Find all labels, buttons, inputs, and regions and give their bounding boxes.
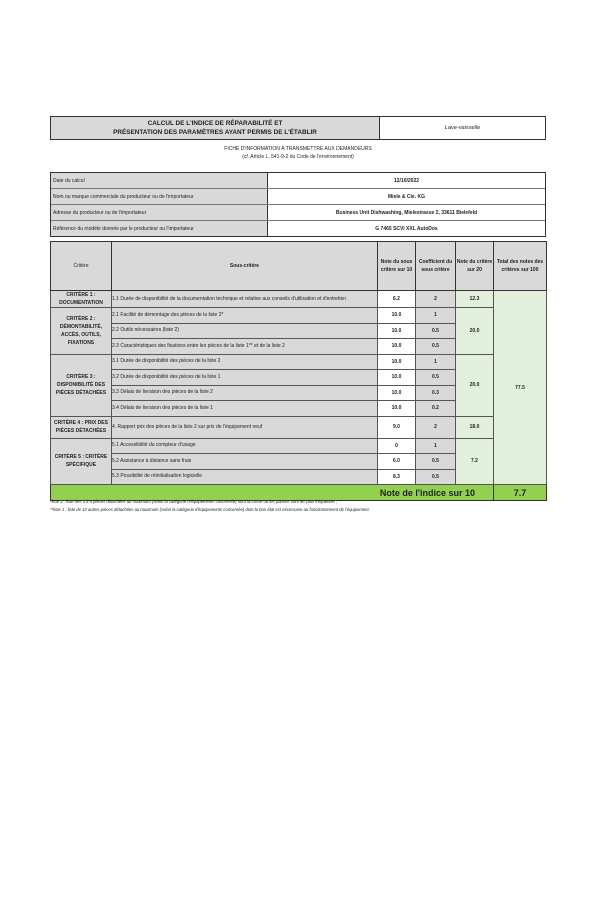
product-category: Lave-vaisselle: [380, 117, 545, 139]
info-label: Date du calcul: [51, 173, 268, 188]
subcriterion-label: 3.4 Délais de livraison des pièces de la…: [112, 401, 378, 417]
subcriterion-note: 10.0: [378, 308, 416, 324]
subcriterion-note: 9.0: [378, 416, 416, 438]
index-value: 7.7: [494, 485, 547, 501]
title-line-1: CALCUL DE L'INDICE DE RÉPARABILITÉ ET: [148, 119, 283, 128]
criterion-score: 20.0: [456, 308, 494, 355]
info-label: Nom ou marque commerciale du producteur …: [51, 189, 268, 204]
subcriterion-note: 10.0: [378, 370, 416, 386]
criterion-name: CRITÈRE 2 : DÉMONTABILITÉ, ACCÈS, OUTILS…: [51, 308, 112, 355]
criterion-score: 18.0: [456, 416, 494, 438]
subcriterion-label: 2.2 Outils nécessaires (liste 2): [112, 323, 378, 339]
info-row-address: Adresse du producteur ou de l'importateu…: [51, 205, 545, 221]
subcriterion-label: 5.3 Possibilité de réinitialisation logi…: [112, 469, 378, 485]
info-table: Date du calcul 12/10/2022 Nom ou marque …: [50, 172, 546, 237]
header-sous-critere: Sous-critère: [112, 242, 378, 291]
subcriterion-coef: 0.3: [416, 385, 456, 401]
index-label-text: Note de l'indice sur 10: [380, 488, 475, 498]
subcriterion-label: 5.1 Accessibilité du compteur d'usage: [112, 438, 378, 454]
criterion-name: CRITÈRE 3 : DISPONIBILITÉ DES PIÈCES DÉT…: [51, 354, 112, 416]
subcriterion-label: 1.1 Durée de disponibilité de la documen…: [112, 291, 378, 308]
subcriterion-label: 5.2 Assistance à distance sans frais: [112, 454, 378, 470]
subtitle-line-2: (cf. Article L. 541-9-2 du Code de l'env…: [50, 154, 546, 162]
subcriterion-label: 4. Rapport prix des pièces de la liste 2…: [112, 416, 378, 438]
info-row-model: Référence du modèle donnée par le produc…: [51, 221, 545, 236]
info-label: Référence du modèle donnée par le produc…: [51, 221, 268, 236]
criterion-score: 12.3: [456, 291, 494, 308]
subcriterion-note: 10.0: [378, 323, 416, 339]
subcriterion-note: 10.0: [378, 354, 416, 370]
total-score: 77.5: [494, 291, 547, 485]
subcriterion-note: 0: [378, 438, 416, 454]
subcriterion-coef: 1: [416, 438, 456, 454]
subtitle: FICHE D'INFORMATION À TRANSMETTRE AUX DE…: [50, 146, 546, 161]
criterion-name: CRITÈRE 4 : PRIX DES PIÈCES DÉTACHÉES: [51, 416, 112, 438]
table-header-row: Critère Sous-critère Note du sous critèr…: [51, 242, 547, 291]
subcriterion-coef: 2: [416, 416, 456, 438]
table-row: CRITÈRE 4 : PRIX DES PIÈCES DÉTACHÉES 4.…: [51, 416, 547, 438]
footnote-liste-1: **liste 1 : liste de 10 autres pièces dé…: [50, 507, 370, 512]
table-row: CRITÈRE 3 : DISPONIBILITÉ DES PIÈCES DÉT…: [51, 354, 547, 370]
header-coefficient: Coefficient du sous critère: [416, 242, 456, 291]
subcriterion-note: 8.3: [378, 469, 416, 485]
subcriterion-coef: 1: [416, 354, 456, 370]
document-title: CALCUL DE L'INDICE DE RÉPARABILITÉ ET PR…: [51, 117, 380, 139]
footnote-liste-2: *liste 2 : liste des 3 à 5 pièces détach…: [50, 499, 337, 504]
criterion-name: CRITÈRE 5 : CRITÈRE SPÉCIFIQUE: [51, 438, 112, 485]
subcriterion-coef: 0.5: [416, 339, 456, 355]
subcriterion-note: 10.0: [378, 385, 416, 401]
info-value: 12/10/2022: [268, 173, 545, 188]
subcriterion-label: 2.1 Facilité de démontage des pièces de …: [112, 308, 378, 324]
subtitle-line-1: FICHE D'INFORMATION À TRANSMETTRE AUX DE…: [50, 146, 546, 154]
info-value: Miele & Cie. KG: [268, 189, 545, 204]
subcriterion-coef: 0.5: [416, 370, 456, 386]
subcriterion-coef: 0.2: [416, 401, 456, 417]
info-row-brand: Nom ou marque commerciale du producteur …: [51, 189, 545, 205]
criterion-score: 20.0: [456, 354, 494, 416]
table-row: CRITÈRE 1 : DOCUMENTATION 1.1 Durée de d…: [51, 291, 547, 308]
subcriterion-coef: 0.5: [416, 469, 456, 485]
info-value: Business Unit Dishwashing, Mielestrasse …: [268, 205, 545, 220]
info-label: Adresse du producteur ou de l'importateu…: [51, 205, 268, 220]
criterion-score: 7.2: [456, 438, 494, 485]
info-row-date: Date du calcul 12/10/2022: [51, 173, 545, 189]
subcriterion-note: 10.0: [378, 401, 416, 417]
table-row: CRITÈRE 5 : CRITÈRE SPÉCIFIQUE 5.1 Acces…: [51, 438, 547, 454]
title-box: CALCUL DE L'INDICE DE RÉPARABILITÉ ET PR…: [50, 116, 546, 140]
subcriterion-note: 10.0: [378, 339, 416, 355]
subcriterion-label: 3.3 Délais de livraison des pièces de la…: [112, 385, 378, 401]
header-total: Total des notes des critères sur 100: [494, 242, 547, 291]
subcriterion-note: 6.0: [378, 454, 416, 470]
subcriterion-coef: 2: [416, 291, 456, 308]
repairability-table: Critère Sous-critère Note du sous critèr…: [50, 241, 547, 501]
subcriterion-label: 2.3 Caractéristiques des fixations entre…: [112, 339, 378, 355]
header-note-sous: Note du sous critère sur 10: [378, 242, 416, 291]
subcriterion-coef: 0.5: [416, 323, 456, 339]
header-critere: Critère: [51, 242, 112, 291]
title-line-2: PRÉSENTATION DES PARAMÈTRES AYANT PERMIS…: [113, 128, 317, 137]
info-value: G 7465 SCVi XXL AutoDos: [268, 221, 545, 236]
subcriterion-coef: 1: [416, 308, 456, 324]
subcriterion-label: 3.2 Durée de disponibilité des pièces de…: [112, 370, 378, 386]
header-note-critere: Note du critère sur 20: [456, 242, 494, 291]
subcriterion-label: 3.1 Durée de disponibilité des pièces de…: [112, 354, 378, 370]
table-row: CRITÈRE 2 : DÉMONTABILITÉ, ACCÈS, OUTILS…: [51, 308, 547, 324]
subcriterion-coef: 0.5: [416, 454, 456, 470]
subcriterion-note: 6.2: [378, 291, 416, 308]
criterion-name: CRITÈRE 1 : DOCUMENTATION: [51, 291, 112, 308]
